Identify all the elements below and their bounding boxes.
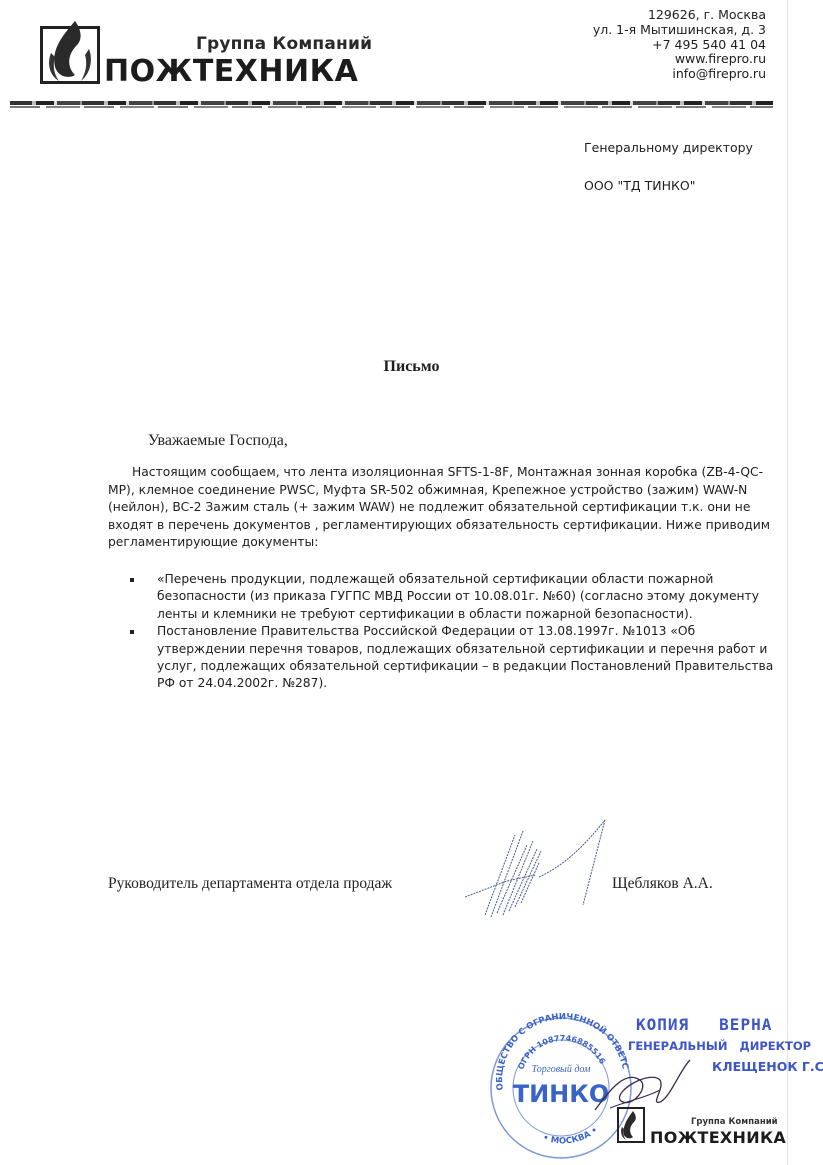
cert-true-label: ВЕРНА: [719, 1015, 772, 1034]
company-logo: [40, 26, 100, 84]
contact-email: info@firepro.ru: [593, 67, 766, 82]
letterhead-company-name: ПОЖТЕХНИКА: [104, 56, 358, 88]
footer-company-name: ПОЖТЕХНИКА: [650, 1128, 786, 1147]
letterhead-group-label: Группа Компаний: [196, 34, 372, 54]
addressee-organization: ООО "ТД ТИНКО": [584, 178, 753, 216]
list-item: Постановление Правительства Российской Ф…: [130, 623, 780, 693]
letterhead-divider: [10, 101, 773, 109]
letter-paragraph: Настоящим сообщаем, что лента изоляционн…: [108, 464, 773, 552]
cert-name: КЛЕЩЕНОК Г.С.: [712, 1059, 823, 1074]
handwritten-signature: [455, 815, 635, 925]
certification-signature: [590, 1050, 700, 1120]
scan-page-edge: [787, 0, 788, 1165]
regulatory-documents-list: «Перечень продукции, подлежащей обязател…: [130, 571, 780, 693]
stamp-ring-bottom: • МОСКВА •: [541, 1125, 600, 1146]
letterhead-contacts: 129626, г. Москва ул. 1-я Мытишинская, д…: [593, 8, 766, 82]
list-item: «Перечень продукции, подлежащей обязател…: [130, 571, 780, 623]
contact-address-street: ул. 1-я Мытишинская, д. 3: [593, 23, 766, 38]
addressee-position: Генеральному директору: [584, 140, 753, 178]
svg-text:• МОСКВА •: • МОСКВА •: [541, 1125, 600, 1146]
cert-copy-label: КОПИЯ: [636, 1015, 689, 1034]
signatory-name: Щебляков А.А.: [612, 875, 713, 893]
contact-phone: +7 495 540 41 04: [593, 38, 766, 53]
footer-logo: [617, 1107, 645, 1143]
contact-website: www.firepro.ru: [593, 52, 766, 67]
letter-greeting: Уважаемые Господа,: [148, 432, 288, 450]
contact-address-city: 129626, г. Москва: [593, 8, 766, 23]
bullet-icon: [130, 578, 134, 582]
document-text: Постановление Правительства Российской Ф…: [157, 624, 773, 690]
bullet-icon: [130, 630, 134, 634]
cert-role-2: ДИРЕКТОР: [739, 1039, 811, 1053]
addressee-block: Генеральному директору ООО "ТД ТИНКО": [584, 140, 753, 216]
letter-title: Письмо: [0, 358, 823, 376]
document-text: «Перечень продукции, подлежащей обязател…: [157, 572, 759, 621]
footer-group-label: Группа Компаний: [691, 1117, 778, 1127]
signatory-role: Руководитель департамента отдела продаж: [108, 875, 392, 893]
flame-icon: [45, 19, 97, 85]
stamp-inner-caption: Торговый дом: [532, 1064, 591, 1075]
flame-icon: [619, 1109, 643, 1141]
